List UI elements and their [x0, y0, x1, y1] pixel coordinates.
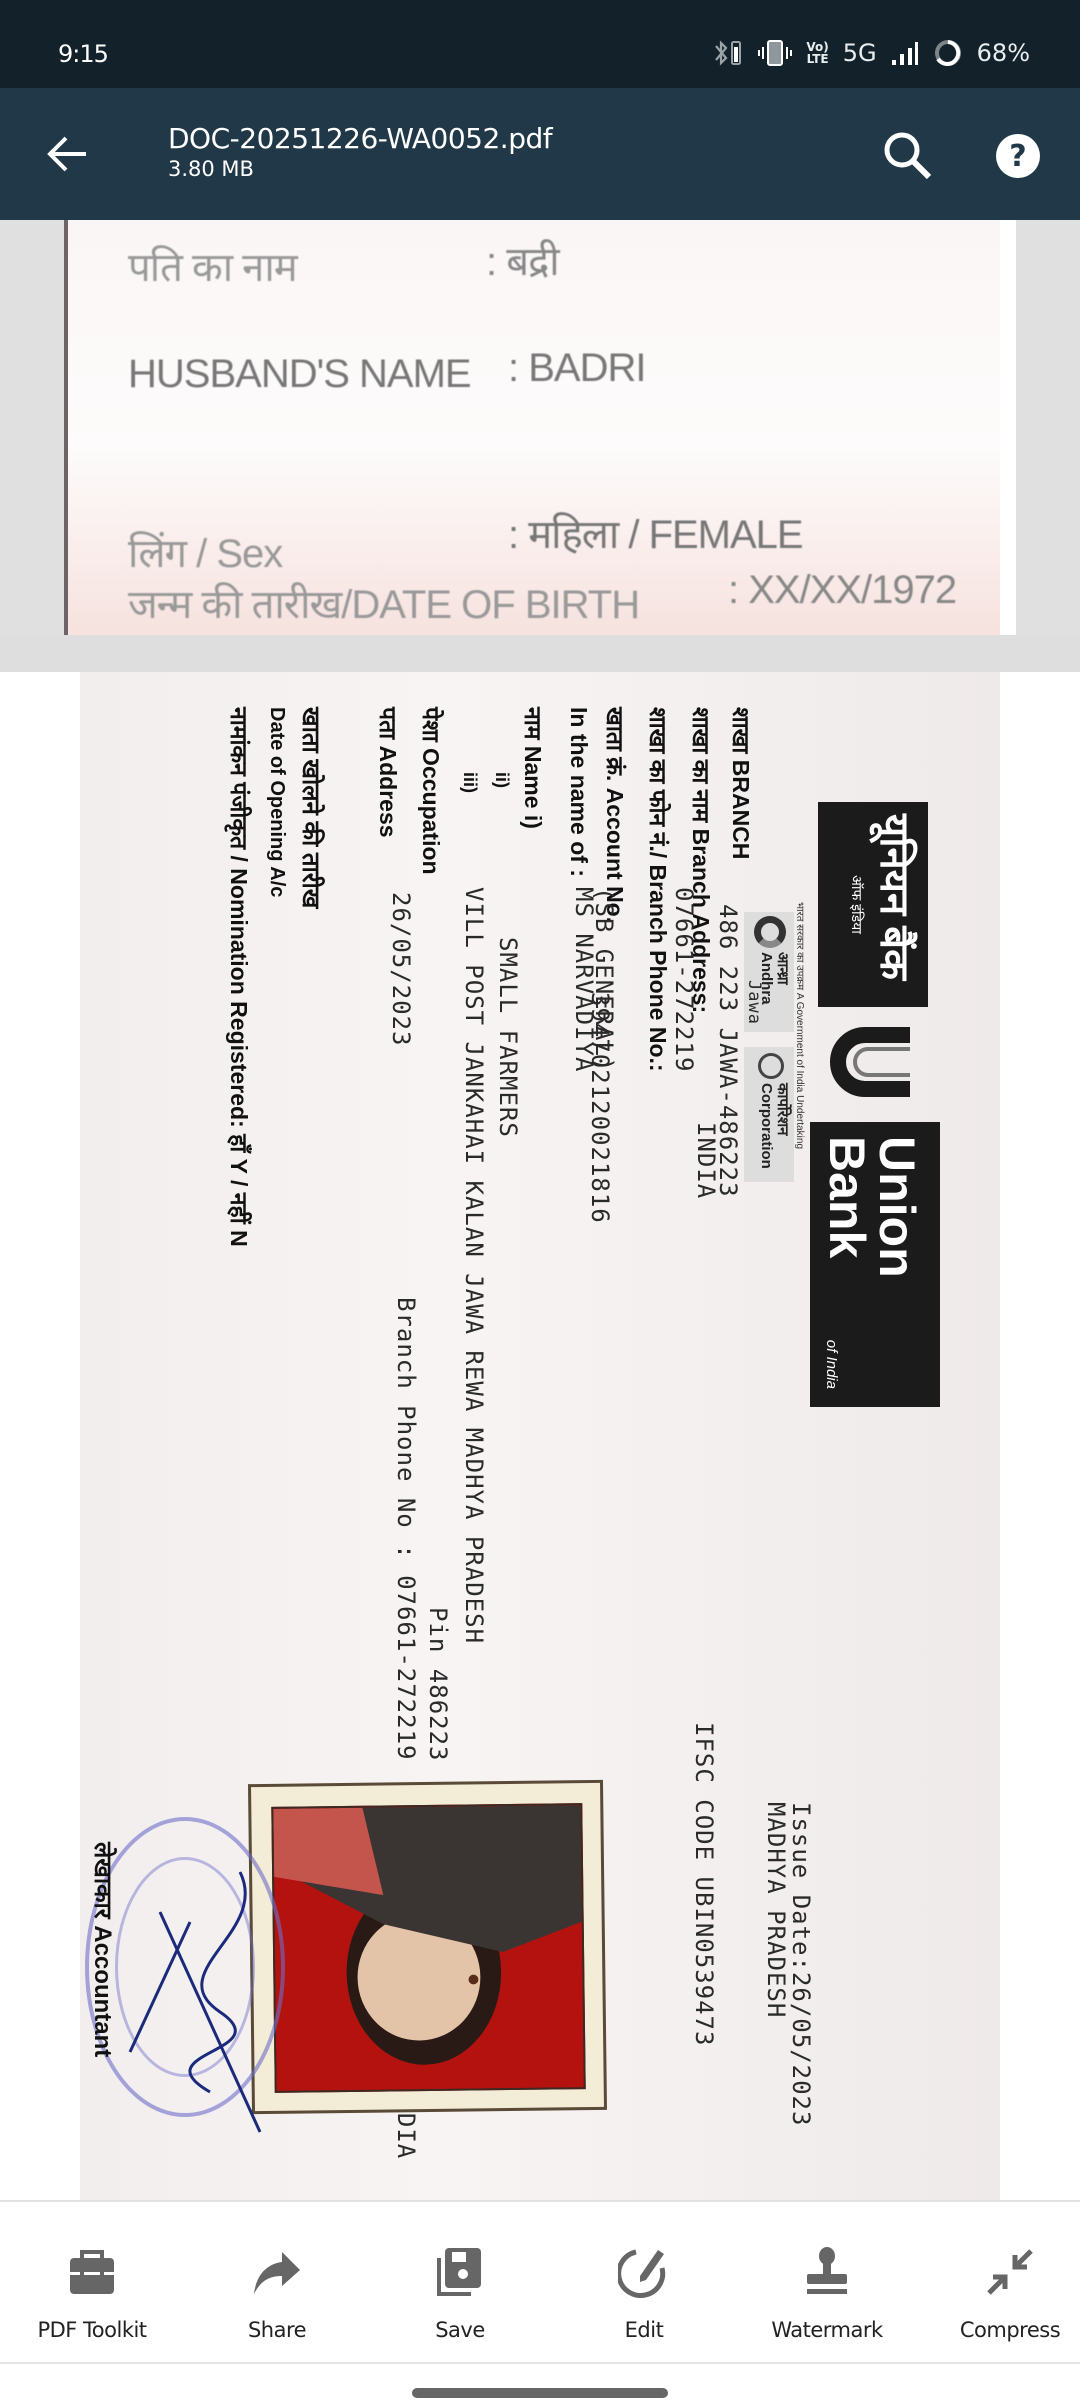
pdf-page-2: यूनियन बैंक ऑफ इंडिया Union Bank of Indi…: [0, 672, 1080, 2200]
page-gap: [0, 635, 1080, 672]
signal-icon: [891, 40, 919, 66]
svg-text:?: ?: [1009, 139, 1026, 174]
address-value: VILL POST JANKAHAI KALAN JAWA REWA MADHY…: [460, 887, 488, 1644]
document-info: DOC-20251226-WA0052.pdf 3.80 MB: [168, 122, 552, 181]
5g-icon: 5G: [843, 39, 877, 67]
app-bar: DOC-20251226-WA0052.pdf 3.80 MB ?: [0, 88, 1080, 220]
share-button[interactable]: Share: [187, 2242, 367, 2342]
husband-name-value: : BADRI: [508, 346, 645, 391]
branch-phone-line: Branch Phone No : 07661-272219: [392, 1297, 420, 1760]
volte-icon: Vo) LTE: [806, 41, 828, 65]
opening-date-label: Date of Opening A/c: [265, 707, 288, 897]
sex-label: लिंग / Sex: [128, 524, 282, 579]
bottom-toolbar: PDF Toolkit Share Save Edit Watermark Co…: [0, 2200, 1080, 2400]
opening-date: 26/05/2023: [387, 892, 415, 1047]
signature: [120, 1852, 280, 2152]
nomination-registered: नामांकन पंजीकृत / Nomination Registered:…: [224, 707, 256, 1247]
address-label: पता Address: [373, 707, 405, 838]
arrow-left-icon: [46, 134, 90, 174]
status-bar: 9:15 Vo) LTE 5G 68%: [0, 0, 1080, 88]
document-title: DOC-20251226-WA0052.pdf: [168, 122, 552, 155]
battery-ring-icon: [933, 38, 963, 68]
watermark-button[interactable]: Watermark: [737, 2242, 917, 2342]
bank-logo-hindi: यूनियन बैंक ऑफ इंडिया: [818, 802, 928, 1007]
save-button[interactable]: Save: [370, 2242, 550, 2342]
compress-label: Compress: [920, 2318, 1080, 2342]
issue-date: Issue Date:26/05/2023: [787, 1802, 815, 2126]
pin-code: Pin 486223: [424, 1607, 452, 1762]
husband-name-hindi-label: पति का नाम: [128, 238, 297, 293]
share-label: Share: [187, 2318, 367, 2342]
help-icon: ?: [995, 133, 1041, 179]
portrait-image: [273, 1805, 583, 2091]
branch-address-value: INDIA: [692, 1122, 720, 1199]
save-label: Save: [370, 2318, 550, 2342]
accountant-label: लेखाकार Accountant: [87, 1842, 120, 2057]
union-bank-u-logo-icon: [825, 1017, 920, 1107]
husband-name-hindi-value: : बद्री: [486, 232, 559, 287]
back-button[interactable]: [36, 122, 100, 186]
bank-logo-english: Union Bank of India: [810, 1122, 940, 1407]
compress-icon: [985, 2247, 1035, 2297]
status-icons: Vo) LTE 5G 68%: [712, 38, 1030, 68]
search-icon: [880, 128, 936, 184]
branch-phone-label: शाखा का फोन नं./ Branch Phone No.:: [643, 707, 675, 1072]
save-icon: [435, 2246, 485, 2298]
search-button[interactable]: [876, 124, 940, 188]
stamp-icon: [802, 2246, 852, 2298]
ifsc-code: IFSC CODE UBIN0539473: [690, 1722, 718, 2046]
occupation-label: पेशा Occupation: [416, 707, 448, 875]
branch-state: MADHYA PRADESH: [762, 1802, 790, 2018]
andhra-swirl-icon: [754, 916, 786, 948]
bluetooth-battery-icon: [712, 38, 744, 68]
vibrate-icon: [758, 38, 792, 68]
husband-name-label: HUSBAND'S NAME: [128, 352, 471, 397]
dob-label: जन्म की तारीख/DATE OF BIRTH: [128, 575, 639, 630]
gov-undertaking-text: भारत सरकार का उपक्रम A Government of Ind…: [794, 902, 808, 1149]
account-holder-name: MS NARVADIYA: [570, 887, 598, 1072]
name-iii: iii): [459, 772, 480, 793]
toolbox-icon: [67, 2248, 117, 2296]
pdf-toolkit-label: PDF Toolkit: [2, 2318, 182, 2342]
name-label: नाम Name i): [518, 707, 550, 829]
status-time: 9:15: [58, 40, 108, 68]
branch-label: शाखा BRANCH: [726, 707, 758, 859]
edit-button[interactable]: Edit: [554, 2242, 734, 2342]
home-gesture-handle[interactable]: [412, 2388, 668, 2398]
account-holder-photo: [248, 1780, 607, 2114]
share-icon: [252, 2248, 302, 2296]
opening-date-label-hindi: खाता खोलने की तारीख: [295, 707, 328, 908]
corporation-logo: कार्पोरेशन Corporation: [744, 1047, 794, 1182]
dob-value: : XX/XX/1972: [728, 568, 956, 613]
watermark-label: Watermark: [737, 2318, 917, 2342]
edit-label: Edit: [554, 2318, 734, 2342]
help-button[interactable]: ?: [990, 128, 1046, 184]
compress-button[interactable]: Compress: [920, 2242, 1080, 2342]
sex-value: : महिला / FEMALE: [508, 505, 803, 560]
name-ii: ii): [491, 772, 512, 788]
pdf-page-1: पति का नाम : बद्री HUSBAND'S NAME : BADR…: [64, 220, 1016, 635]
occupation-value: SMALL FARMERS: [494, 937, 522, 1138]
corporation-seal-icon: [758, 1053, 784, 1079]
edit-icon: [618, 2246, 670, 2298]
pdf-toolkit-button[interactable]: PDF Toolkit: [2, 2242, 182, 2342]
document-size: 3.80 MB: [168, 157, 552, 181]
pdf-viewer[interactable]: पति का नाम : बद्री HUSBAND'S NAME : BADR…: [0, 220, 1080, 2200]
in-the-name-of-label: In the name of :: [565, 707, 592, 877]
passbook-card: यूनियन बैंक ऑफ इंडिया Union Bank of Indi…: [80, 672, 1000, 2200]
branch-value-top: Jawa: [744, 980, 764, 1025]
battery-percent: 68%: [977, 39, 1030, 67]
